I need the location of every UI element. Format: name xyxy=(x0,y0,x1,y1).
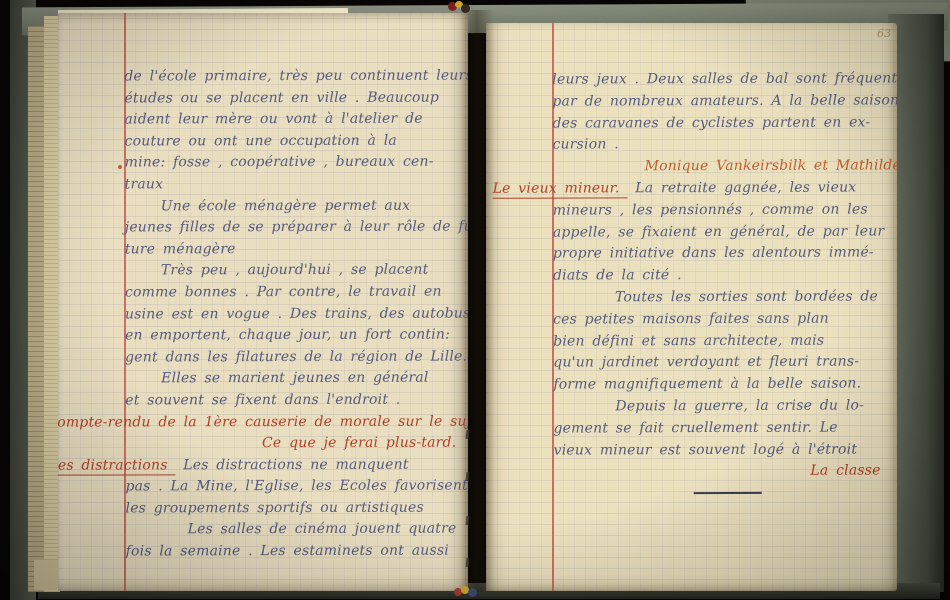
manuscript-line: jeunes filles de se préparer à leur rôle… xyxy=(125,217,466,239)
text-segment: comme bonnes . Par contre, le travail en xyxy=(125,284,442,301)
manuscript-line: Toutes les sorties sont bordées de xyxy=(553,286,890,309)
manuscript-line: usine est en vogue . Des trains, des aut… xyxy=(125,303,466,325)
text-segment: pas . La Mine, l'Eglise, les Ecoles favo… xyxy=(125,478,467,495)
manuscript-line: Compte-rendu de la 1ère causerie de mora… xyxy=(58,411,466,434)
text-segment: ces petites maisons faites sans plan xyxy=(553,310,829,327)
text-segment: des caravanes de cyclistes partent en ex… xyxy=(552,114,870,131)
text-segment: gement se fait cruellement sentir. Le xyxy=(553,419,837,436)
manuscript-line: Le vieux mineur. La retraite gagnée, les… xyxy=(493,177,890,200)
manuscript-line: Très peu , aujourd'hui , se placent xyxy=(125,260,466,282)
manuscript-line: aident leur mère ou vont à l'atelier de xyxy=(124,109,465,131)
text-segment: études ou se placent en ville . Beaucoup xyxy=(124,89,439,106)
notebook-left-page: de l'école primaire, très peu continuent… xyxy=(58,13,468,591)
manuscript-line: appelle, se fixaient en général, de par … xyxy=(553,221,890,244)
manuscript-line: Elles se marient jeunes en général xyxy=(125,368,466,390)
manuscript-line: gent dans les filatures de la région de … xyxy=(125,346,466,368)
manuscript-line: propre initiative dans les alentours imm… xyxy=(553,243,890,266)
text-segment: usine est en vogue . Des trains, des aut… xyxy=(125,305,468,322)
text-segment: Compte-rendu de la 1ère causerie de mora… xyxy=(58,413,468,430)
text-segment: Les salles de cinéma jouent quatre xyxy=(188,521,457,538)
text-segment: appelle, se fixaient en général, de par … xyxy=(553,223,885,240)
page-number: 63 xyxy=(877,27,891,40)
stitch-thread-top xyxy=(446,0,474,15)
right-page-text: leurs jeux . Deux salles de bal sont fré… xyxy=(552,68,891,505)
separator-rule xyxy=(694,492,762,494)
text-segment: Elles se marient jeunes en général xyxy=(161,370,428,387)
manuscript-line: mineurs , les pensionnés , comme on les xyxy=(553,199,890,222)
text-segment: et souvent se fixent dans l'endroit . xyxy=(125,392,400,409)
manuscript-line: en emportent, chaque jour, un fort conti… xyxy=(125,325,466,347)
manuscript-line: Ce que je ferai plus-tard. xyxy=(125,433,466,455)
text-segment: traux xyxy=(125,176,164,192)
manuscript-line: leurs jeux . Deux salles de bal sont fré… xyxy=(552,68,889,91)
text-segment: bien défini et sans architecte, mais xyxy=(553,332,824,349)
manuscript-line: qu'un jardinet verdoyant et fleuri trans… xyxy=(553,352,890,375)
text-segment: Monique Vankeirsbilk et Mathilde Zibret xyxy=(645,157,897,174)
text-segment: Ce que je ferai plus-tard. xyxy=(262,435,456,452)
manuscript-line: forme magnifiquement à la belle saison. xyxy=(553,374,890,397)
manuscript-line: comme bonnes . Par contre, le travail en xyxy=(125,281,466,303)
text-segment: de l'école primaire, très peu continuent… xyxy=(124,68,468,85)
manuscript-line: bien défini et sans architecte, mais xyxy=(553,330,890,353)
manuscript-line: vieux mineur est souvent logé à l'étroit xyxy=(554,439,891,462)
text-segment: les groupements sportifs ou artistiques xyxy=(125,500,423,517)
manuscript-line: Des distractions Les distractions ne man… xyxy=(58,454,466,477)
manuscript-line: et souvent se fixent dans l'endroit . xyxy=(125,389,466,411)
text-segment: Des distractions xyxy=(58,457,176,475)
text-segment: couture ou ont une occupation à la xyxy=(125,133,397,150)
notebook-photo: de l'école primaire, très peu continuent… xyxy=(0,0,950,600)
manuscript-line: couture ou ont une occupation à la xyxy=(125,130,466,152)
text-segment: Le vieux mineur. xyxy=(493,180,628,198)
notebook-right-page: 63 leurs jeux . Deux salles de bal sont … xyxy=(486,23,897,591)
text-segment: leurs jeux . Deux salles de bal sont fré… xyxy=(552,70,897,87)
manuscript-line: pas . La Mine, l'Eglise, les Ecoles favo… xyxy=(125,476,466,498)
text-segment: jeunes filles de se préparer à leur rôle… xyxy=(125,219,468,236)
manuscript-line: Les salles de cinéma jouent quatre xyxy=(126,519,467,541)
manuscript-line: les groupements sportifs ou artistiques xyxy=(125,497,466,519)
manuscript-line: Une école ménagère permet aux xyxy=(125,195,466,217)
text-segment: qu'un jardinet verdoyant et fleuri trans… xyxy=(553,354,859,371)
manuscript-line: cursion . xyxy=(552,134,889,157)
text-segment: mineurs , les pensionnés , comme on les xyxy=(553,201,868,218)
manuscript-line: par de nombreux amateurs. A la belle sai… xyxy=(552,90,889,113)
manuscript-line: fois la semaine . Les estaminets ont aus… xyxy=(126,541,467,563)
text-segment: Une école ménagère permet aux xyxy=(161,197,411,214)
text-segment: Toutes les sorties sont bordées de xyxy=(615,288,878,305)
manuscript-line: ture ménagère xyxy=(125,238,466,260)
manuscript-line: des caravanes de cyclistes partent en ex… xyxy=(552,112,889,135)
manuscript-line: La classe xyxy=(554,461,891,484)
page-gutter xyxy=(460,10,494,592)
text-segment: gent dans les filatures de la région de … xyxy=(125,348,467,365)
manuscript-line: gement se fait cruellement sentir. Le xyxy=(553,417,890,440)
text-segment: diats de la cité . xyxy=(553,267,682,283)
text-segment: aident leur mère ou vont à l'atelier de xyxy=(124,111,422,128)
text-segment: Depuis la guerre, la crise du lo- xyxy=(615,397,864,414)
left-page-text: de l'école primaire, très peu continuent… xyxy=(124,66,466,564)
manuscript-line: mine: fosse , coopérative , bureaux cen- xyxy=(125,152,466,174)
manuscript-line: études ou se placent en ville . Beaucoup xyxy=(124,87,465,109)
text-segment: La classe xyxy=(810,463,880,479)
manuscript-line: traux xyxy=(125,174,466,196)
text-segment: par de nombreux amateurs. A la belle sai… xyxy=(552,92,897,109)
text-segment: La retraite gagnée, les vieux xyxy=(628,180,857,197)
manuscript-line: diats de la cité . xyxy=(553,265,890,288)
separator-rule-line xyxy=(554,483,891,506)
text-segment: en emportent, chaque jour, un fort conti… xyxy=(125,327,450,344)
manuscript-line: Monique Vankeirsbilk et Mathilde Zibret xyxy=(553,156,890,179)
manuscript-line: ces petites maisons faites sans plan xyxy=(553,308,890,331)
manuscript-line: Depuis la guerre, la crise du lo- xyxy=(553,395,890,418)
manuscript-line: de l'école primaire, très peu continuent… xyxy=(124,66,465,88)
text-segment: mine: fosse , coopérative , bureaux cen- xyxy=(125,154,434,171)
text-segment: cursion . xyxy=(552,137,618,153)
text-segment: Très peu , aujourd'hui , se placent xyxy=(161,262,429,279)
text-segment: Les distractions ne manquent xyxy=(176,456,409,473)
red-margin-dot xyxy=(118,165,122,169)
text-segment: propre initiative dans les alentours imm… xyxy=(553,245,874,262)
stitch-thread-bottom xyxy=(452,585,482,599)
text-segment: ture ménagère xyxy=(125,241,236,257)
text-segment: vieux mineur est souvent logé à l'étroit xyxy=(554,441,858,458)
text-segment: forme magnifiquement à la belle saison. xyxy=(553,376,861,393)
text-segment: fois la semaine . Les estaminets ont aus… xyxy=(126,543,449,560)
